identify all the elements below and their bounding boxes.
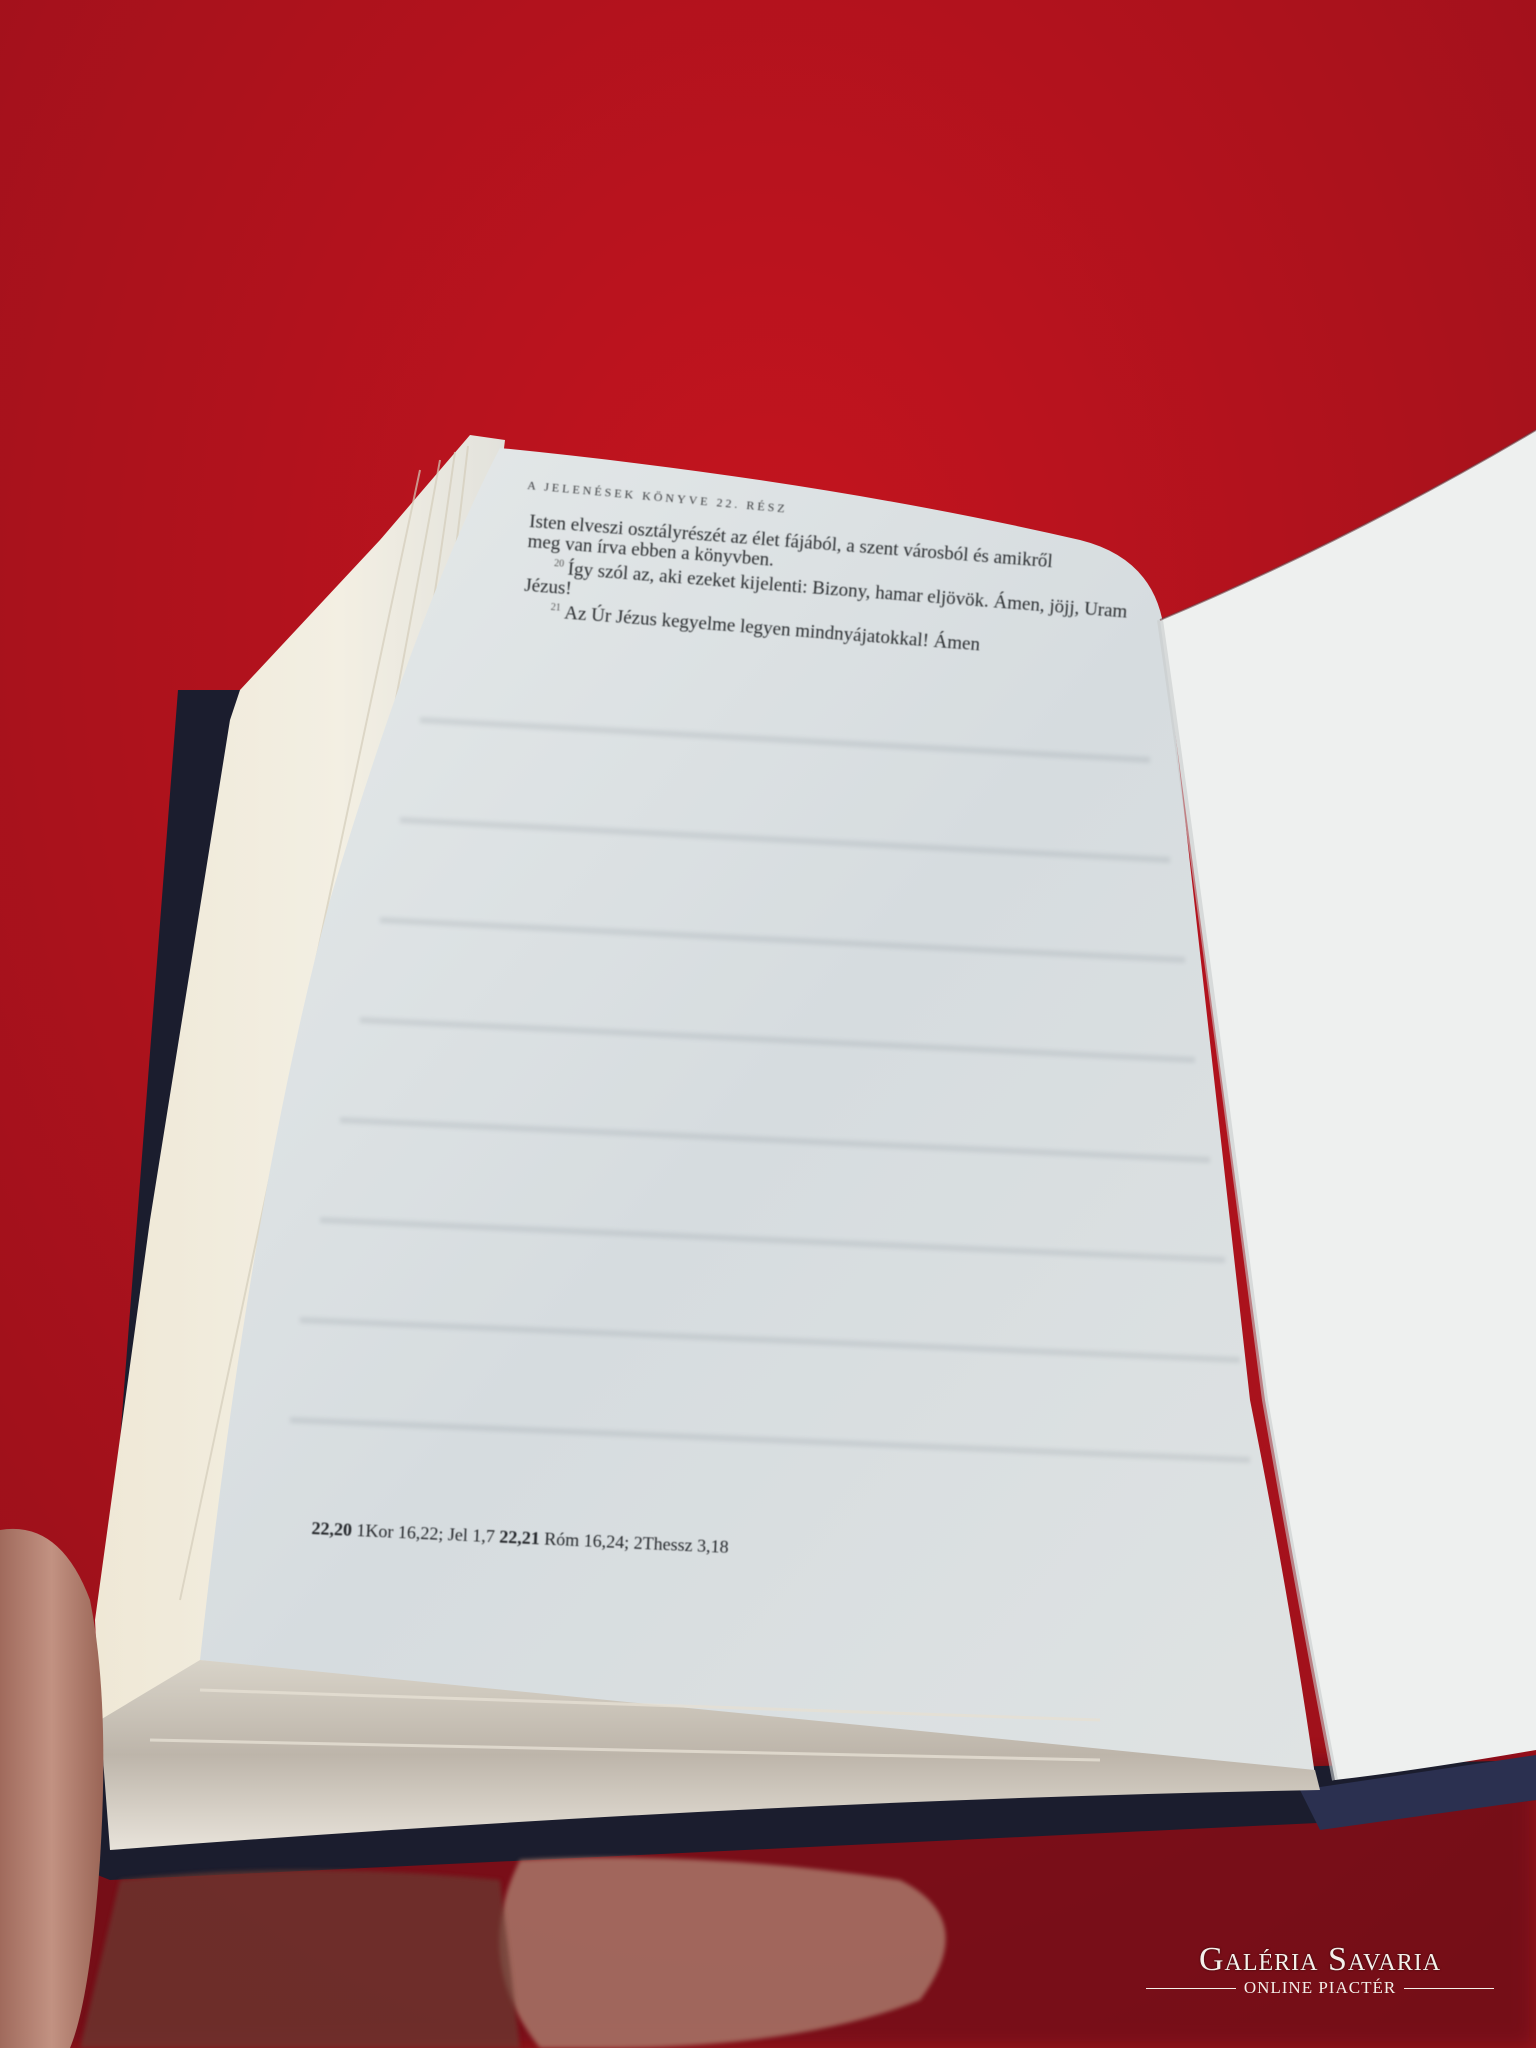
watermark-subtitle-row: ONLINE PIACTÉR xyxy=(1146,1978,1494,1998)
verse-number: 20 xyxy=(554,558,565,570)
photo-scene: A JELENÉSEK KÖNYVE 22. RÉSZ Isten elvesz… xyxy=(0,0,1536,2048)
book-photo-illustration xyxy=(0,0,1536,2048)
watermark-logo: Galéria Savaria ONLINE PIACTÉR xyxy=(1146,1942,1494,1998)
watermark-rule xyxy=(1404,1988,1494,1989)
watermark-rule xyxy=(1146,1988,1236,1989)
watermark-brand: Galéria Savaria xyxy=(1146,1942,1494,1978)
left-thumb xyxy=(0,1529,103,2048)
footnote-ref-bold: 22,20 xyxy=(311,1518,352,1540)
footnote-ref-bold: 22,21 xyxy=(499,1527,540,1549)
verse-line-text: Jézus! xyxy=(524,575,573,600)
watermark-subtitle: ONLINE PIACTÉR xyxy=(1244,1978,1396,1998)
verse-number: 21 xyxy=(550,602,561,614)
